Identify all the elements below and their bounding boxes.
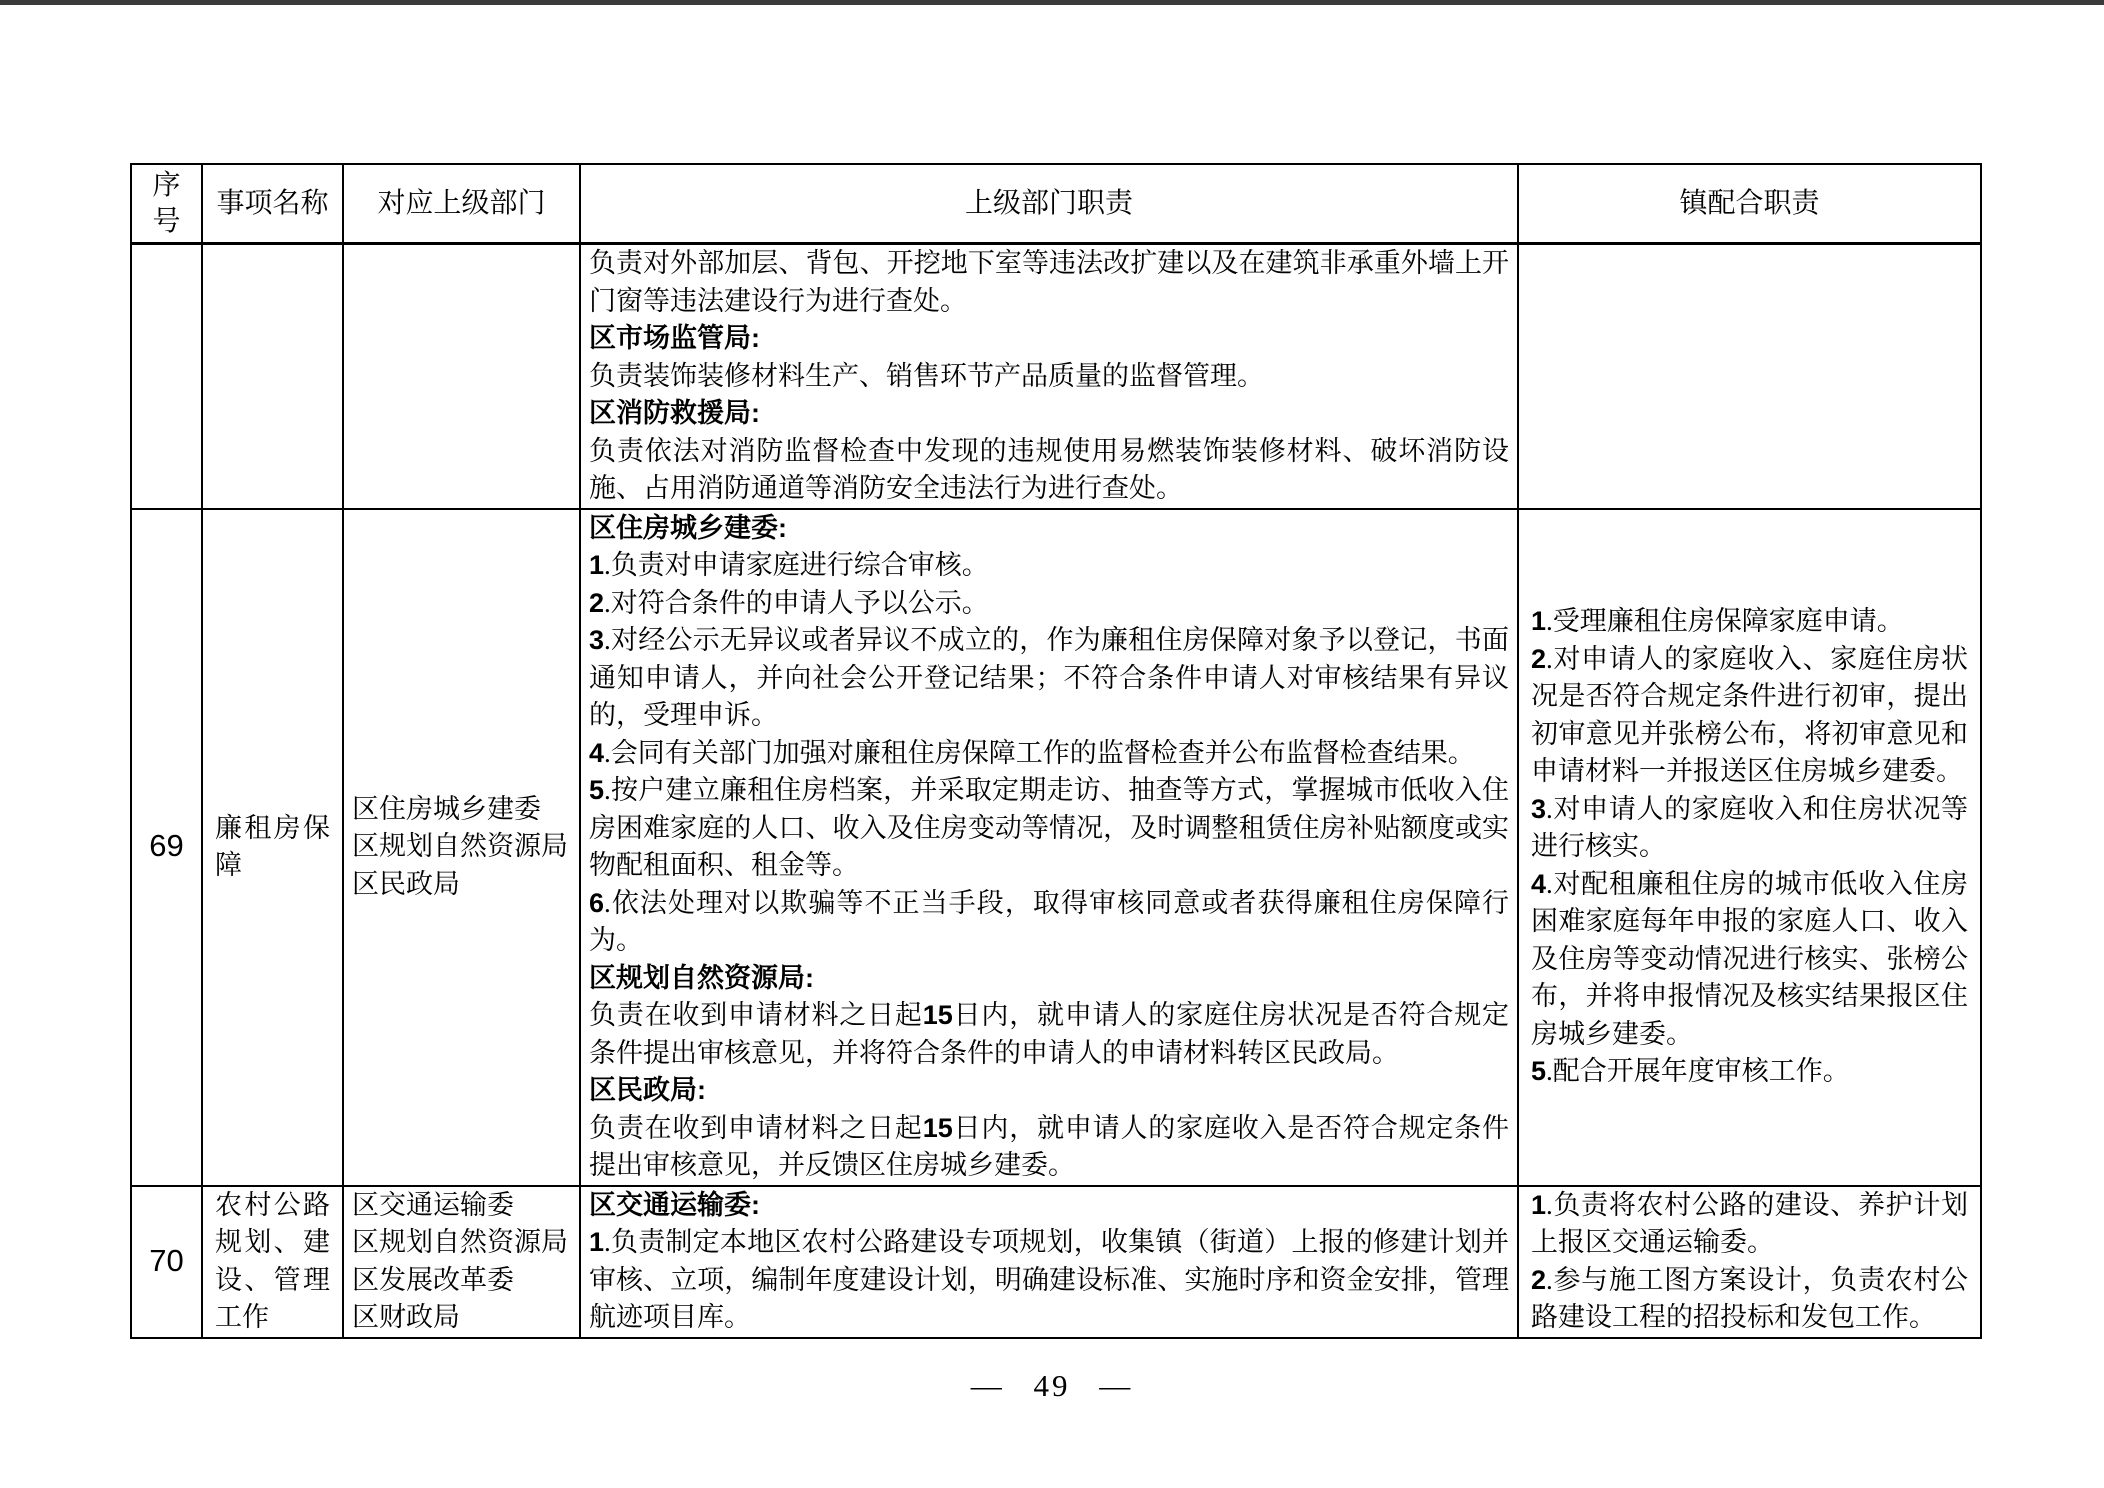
department-heading: 区交通运输委: (589, 1187, 1509, 1225)
department-heading: 区住房城乡建委: (589, 510, 1509, 548)
department-line: 区发展改革委 (352, 1262, 571, 1300)
header-col-town-duties: 镇配合职责 (1518, 164, 1981, 244)
header-col-item-name: 事项名称 (202, 164, 343, 244)
table-row: 69 廉租房保障 区住房城乡建委区规划自然资源局区民政局 区住房城乡建委:1.负… (131, 509, 1981, 1186)
header-col-superior-departments: 对应上级部门 (343, 164, 580, 244)
duty-paragraph: 负责依法对消防监督检查中发现的违规使用易燃装饰装修材料、破坏消防设施、占用消防通… (589, 433, 1509, 508)
duty-paragraphs: 区交通运输委:1.负责制定本地区农村公路建设专项规划，收集镇（街道）上报的修建计… (589, 1187, 1509, 1337)
responsibilities-table: 序号 事项名称 对应上级部门 上级部门职责 镇配合职责 负责对外部加层、背包、开… (130, 163, 1982, 1339)
cell-superior-departments: 区交通运输委区规划自然资源局区发展改革委区财政局 (343, 1186, 580, 1338)
duty-paragraphs: 区住房城乡建委:1.负责对申请家庭进行综合审核。2.对符合条件的申请人予以公示。… (589, 510, 1509, 1185)
duty-paragraphs: 负责对外部加层、背包、开挖地下室等违法改扩建以及在建筑非承重外墙上开门窗等违法建… (589, 245, 1509, 508)
duty-paragraph: 1.负责对申请家庭进行综合审核。 (589, 547, 1509, 585)
duty-paragraph: 负责对外部加层、背包、开挖地下室等违法改扩建以及在建筑非承重外墙上开门窗等违法建… (589, 245, 1509, 320)
town-duty-paragraph: 2.参与施工图方案设计，负责农村公路建设工程的招投标和发包工作。 (1531, 1262, 1968, 1337)
cell-town-duties (1518, 244, 1981, 509)
header-col-superior-duties: 上级部门职责 (580, 164, 1518, 244)
cell-item-name: 农村公路规划、建设、管理工作 (202, 1186, 343, 1338)
duty-paragraph: 5.按户建立廉租住房档案，并采取定期走访、抽查等方式，掌握城市低收入住房困难家庭… (589, 772, 1509, 885)
department-heading: 区规划自然资源局: (589, 960, 1509, 998)
cell-item-name: 廉租房保障 (202, 509, 343, 1186)
department-lines: 区住房城乡建委区规划自然资源局区民政局 (352, 791, 571, 904)
cell-item-name (202, 244, 343, 509)
town-duty-paragraph: 3.对申请人的家庭收入和住房状况等进行核实。 (1531, 791, 1968, 866)
department-line: 区规划自然资源局 (352, 828, 571, 866)
duty-paragraph: 负责装饰装修材料生产、销售环节产品质量的监督管理。 (589, 358, 1509, 396)
page-number: — 49 — (0, 1368, 2104, 1404)
cell-serial-number: 69 (131, 509, 202, 1186)
department-heading: 区民政局: (589, 1072, 1509, 1110)
department-line: 区财政局 (352, 1299, 571, 1337)
cell-serial-number: 70 (131, 1186, 202, 1338)
table-body: 负责对外部加层、背包、开挖地下室等违法改扩建以及在建筑非承重外墙上开门窗等违法建… (131, 244, 1981, 1338)
duty-paragraph: 3.对经公示无异议或者异议不成立的，作为廉租住房保障对象予以登记，书面通知申请人… (589, 622, 1509, 735)
document-page: { "page": { "number_label": "— 49 —" }, … (0, 0, 2104, 1488)
town-paragraphs: 1.受理廉租住房保障家庭申请。2.对申请人的家庭收入、家庭住房状况是否符合规定条… (1531, 603, 1968, 1091)
department-line: 区民政局 (352, 866, 571, 904)
department-line: 区规划自然资源局 (352, 1224, 571, 1262)
header-row: 序号 事项名称 对应上级部门 上级部门职责 镇配合职责 (131, 164, 1981, 244)
table-row: 70 农村公路规划、建设、管理工作 区交通运输委区规划自然资源局区发展改革委区财… (131, 1186, 1981, 1338)
duty-paragraph: 6.依法处理对以欺骗等不正当手段，取得审核同意或者获得廉租住房保障行为。 (589, 885, 1509, 960)
department-line: 区交通运输委 (352, 1187, 571, 1225)
department-line: 区住房城乡建委 (352, 791, 571, 829)
town-duty-paragraph: 2.对申请人的家庭收入、家庭住房状况是否符合规定条件进行初审，提出初审意见并张榜… (1531, 641, 1968, 791)
department-heading: 区消防救援局: (589, 395, 1509, 433)
scan-edge-strip (0, 0, 2104, 5)
town-duty-paragraph: 1.受理廉租住房保障家庭申请。 (1531, 603, 1968, 641)
cell-serial-number (131, 244, 202, 509)
cell-town-duties: 1.受理廉租住房保障家庭申请。2.对申请人的家庭收入、家庭住房状况是否符合规定条… (1518, 509, 1981, 1186)
duty-paragraph: 负责在收到申请材料之日起15日内，就申请人的家庭收入是否符合规定条件提出审核意见… (589, 1110, 1509, 1185)
cell-superior-duties: 区交通运输委:1.负责制定本地区农村公路建设专项规划，收集镇（街道）上报的修建计… (580, 1186, 1518, 1338)
table-header: 序号 事项名称 对应上级部门 上级部门职责 镇配合职责 (131, 164, 1981, 244)
duty-paragraph: 1.负责制定本地区农村公路建设专项规划，收集镇（街道）上报的修建计划并审核、立项… (589, 1224, 1509, 1337)
cell-superior-departments: 区住房城乡建委区规划自然资源局区民政局 (343, 509, 580, 1186)
duty-paragraph: 4.会同有关部门加强对廉租住房保障工作的监督检查并公布监督检查结果。 (589, 735, 1509, 773)
department-lines: 区交通运输委区规划自然资源局区发展改革委区财政局 (352, 1187, 571, 1337)
department-heading: 区市场监管局: (589, 320, 1509, 358)
town-duty-paragraph: 4.对配租廉租住房的城市低收入住房困难家庭每年申报的家庭人口、收入及住房等变动情… (1531, 866, 1968, 1054)
town-duty-paragraph: 5.配合开展年度审核工作。 (1531, 1053, 1968, 1091)
town-paragraphs: 1.负责将农村公路的建设、养护计划上报区交通运输委。2.参与施工图方案设计，负责… (1531, 1187, 1968, 1337)
cell-town-duties: 1.负责将农村公路的建设、养护计划上报区交通运输委。2.参与施工图方案设计，负责… (1518, 1186, 1981, 1338)
cell-superior-duties: 区住房城乡建委:1.负责对申请家庭进行综合审核。2.对符合条件的申请人予以公示。… (580, 509, 1518, 1186)
duty-paragraph: 2.对符合条件的申请人予以公示。 (589, 585, 1509, 623)
duty-paragraph: 负责在收到申请材料之日起15日内，就申请人的家庭住房状况是否符合规定条件提出审核… (589, 997, 1509, 1072)
table-row: 负责对外部加层、背包、开挖地下室等违法改扩建以及在建筑非承重外墙上开门窗等违法建… (131, 244, 1981, 509)
town-duty-paragraph: 1.负责将农村公路的建设、养护计划上报区交通运输委。 (1531, 1187, 1968, 1262)
header-col-serial-number: 序号 (131, 164, 202, 244)
cell-superior-duties: 负责对外部加层、背包、开挖地下室等违法改扩建以及在建筑非承重外墙上开门窗等违法建… (580, 244, 1518, 509)
cell-superior-departments (343, 244, 580, 509)
